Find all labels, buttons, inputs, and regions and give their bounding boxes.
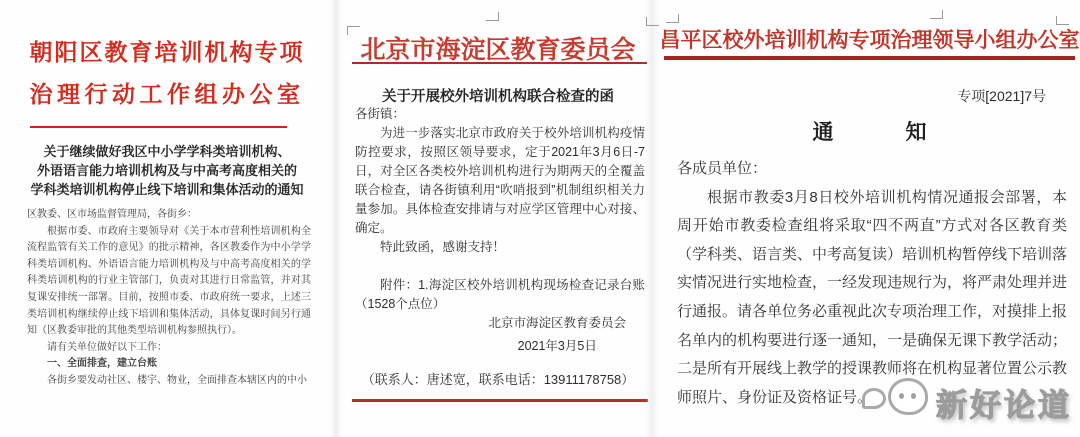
salutation: 各街镇： (355, 105, 645, 124)
doc-number: 专项[2021]7号 (957, 86, 1046, 106)
haidian-doc-body: 各街镇： 为进一步落实北京市政府关于校外培训机构疫情防控要求，按照区领导要求，定… (355, 105, 645, 314)
chat-bubble-small-icon (862, 388, 886, 409)
panel-divider (646, 0, 658, 437)
doc-title-char: 通 (813, 121, 834, 144)
document-changping-notice: 昌平区校外培训机构专项治理领导小组办公室 专项[2021]7号 通知 各成员单位… (659, 0, 1080, 437)
red-divider-line (30, 126, 287, 128)
document-chaoyang-notice: 朝阳区教育培训机构专项 治理行动工作组办公室 关于继续做好我区中小学学科类培训机… (0, 0, 334, 437)
chaoyang-org-title-line2: 治理行动工作组办公室 (0, 76, 334, 109)
body-paragraph: 请有关单位做好以下工作： (27, 340, 311, 357)
bubble-eye (911, 393, 916, 399)
page-corner-mark (666, 14, 679, 23)
body-paragraph: 根据市委、市政府主要领导对《关于本市营利性培训机构全流程监管有关工作的意见》的批… (27, 224, 311, 340)
salutation: 区教委、区市场监督管理局，各街乡： (27, 207, 311, 224)
signature-date: 2021年3月5日 (488, 335, 626, 358)
chaoyang-org-title-line1: 朝阳区教育培训机构专项 (0, 34, 334, 67)
haidian-org-title: 北京市海淀区教育委员会 (345, 30, 651, 66)
changping-doc-title: 通知 (659, 116, 1080, 146)
chaoyang-doc-title: 关于继续做好我区中小学学科类培训机构、 外语语言能力培训机构及与中高考高度相关的… (8, 142, 326, 199)
bubble-eye (899, 393, 904, 399)
page-corner-mark (486, 12, 499, 21)
page-corner-mark (1056, 16, 1069, 25)
watermark: 新好论道 (860, 374, 1074, 432)
document-haidian-letter: 北京市海淀区教育委员会 关于开展校外培训机构联合检查的函 各街镇： 为进一步落实… (345, 0, 651, 437)
contact-line: （联系人：唐述宽，联系电话：13911178758） (345, 369, 651, 388)
signature-block: 北京市海淀区教育委员会 2021年3月5日 (488, 312, 626, 358)
chaoyang-doc-body: 区教委、区市场监督管理局，各街乡： 根据市委、市政府主要领导对《关于本市营利性培… (27, 207, 311, 390)
signer-name: 北京市海淀区教育委员会 (488, 312, 626, 335)
attachment-line: 附件：1.海淀区校外培训机构现场检查记录台账（1528个点位） (355, 276, 645, 314)
salutation: 各成员单位： (677, 155, 1067, 184)
section-heading: 一、全面排查，建立台账 (27, 356, 311, 373)
doc-title-line: 关于继续做好我区中小学学科类培训机构、 (8, 142, 326, 161)
chat-bubble-big-icon (888, 378, 928, 415)
page-corner-mark (646, 17, 659, 26)
red-bottom-line (352, 399, 648, 402)
red-divider-line (352, 62, 647, 64)
haidian-doc-title: 关于开展校外培训机构联合检查的函 (345, 85, 651, 106)
changping-org-title: 昌平区校外培训机构专项治理领导小组办公室 (659, 24, 1080, 54)
body-paragraph: 为进一步落实北京市政府关于校外培训机构疫情防控要求，按照区领导要求，定于2021… (355, 124, 645, 238)
doc-title-line: 学科类培训机构停止线下培训和集体活动的通知 (8, 180, 326, 199)
doc-title-char: 知 (906, 121, 927, 144)
body-paragraph: 各街乡要发动社区、楼宇、物业，全面排查本辖区内的中小 (27, 373, 311, 390)
red-divider-line (664, 56, 1075, 60)
body-paragraph: 特此致函，感谢支持！ (355, 238, 645, 257)
page-corner-mark (930, 10, 943, 19)
watermark-text: 新好论道 (936, 380, 1072, 425)
panel-divider (330, 0, 342, 437)
doc-title-line: 外语语言能力培训机构及与中高考高度相关的 (8, 161, 326, 180)
page-corner-mark (347, 26, 360, 35)
